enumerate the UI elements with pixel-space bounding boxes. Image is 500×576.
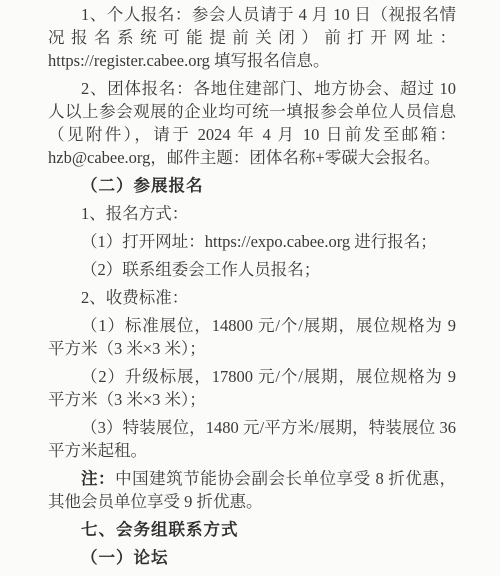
expo-url: https://expo.cabee.org — [205, 232, 350, 251]
para-exhibition-method-web: （1）打开网址：https://expo.cabee.org 进行报名； — [48, 230, 456, 253]
individual-registration-text: 1、个人报名：参会人员请于 4 月 10 日（视报名情况报名系统可能提前关闭）前… — [48, 5, 456, 47]
para-group-registration: 2、团体报名：各地住建部门、地方协会、超过 10 人以上参会观展的企业均可统一填… — [48, 77, 456, 169]
exhibition-method-web-suffix: 进行报名； — [350, 232, 437, 251]
heading-forum: （一）论坛 — [48, 546, 456, 569]
register-url: https://register.cabee.org — [48, 51, 210, 70]
para-exhibition-method-title: 1、报名方式： — [48, 202, 456, 225]
group-registration-email: hzb@cabee.org — [48, 148, 150, 167]
para-fee-standard-booth: （1）标准展位，14800 元/个/展期，展位规格为 9 平方米（3 米×3 米… — [48, 314, 456, 360]
para-exhibition-method-contact: （2）联系组委会工作人员报名； — [48, 258, 456, 281]
group-registration-suffix: ，邮件主题：团体名称+零碳大会报名。 — [150, 148, 440, 167]
exhibition-method-web-prefix: （1）打开网址： — [81, 232, 205, 251]
para-fee-title: 2、收费标准： — [48, 286, 456, 309]
heading-exhibition-registration: （二）参展报名 — [48, 174, 456, 197]
group-registration-text: 2、团体报名：各地住建部门、地方协会、超过 10 人以上参会观展的企业均可统一填… — [48, 79, 456, 144]
document-page: 1、个人报名：参会人员请于 4 月 10 日（视报名情况报名系统可能提前关闭）前… — [0, 0, 500, 576]
heading-contact-section: 七、会务组联系方式 — [48, 518, 456, 541]
para-fee-upgraded-booth: （2）升级标展，17800 元/个/展期，展位规格为 9 平方米（3 米×3 米… — [48, 365, 456, 411]
para-individual-registration: 1、个人报名：参会人员请于 4 月 10 日（视报名情况报名系统可能提前关闭）前… — [48, 3, 456, 72]
para-discount-note: 注：中国建筑节能协会副会长单位享受 8 折优惠，其他会员单位享受 9 折优惠。 — [48, 467, 456, 513]
individual-registration-suffix: 填写报名信息。 — [210, 51, 330, 70]
para-fee-custom-booth: （3）特装展位，1480 元/平方米/展期，特装展位 36 平方米起租。 — [48, 416, 456, 462]
discount-note-label: 注： — [81, 469, 115, 488]
